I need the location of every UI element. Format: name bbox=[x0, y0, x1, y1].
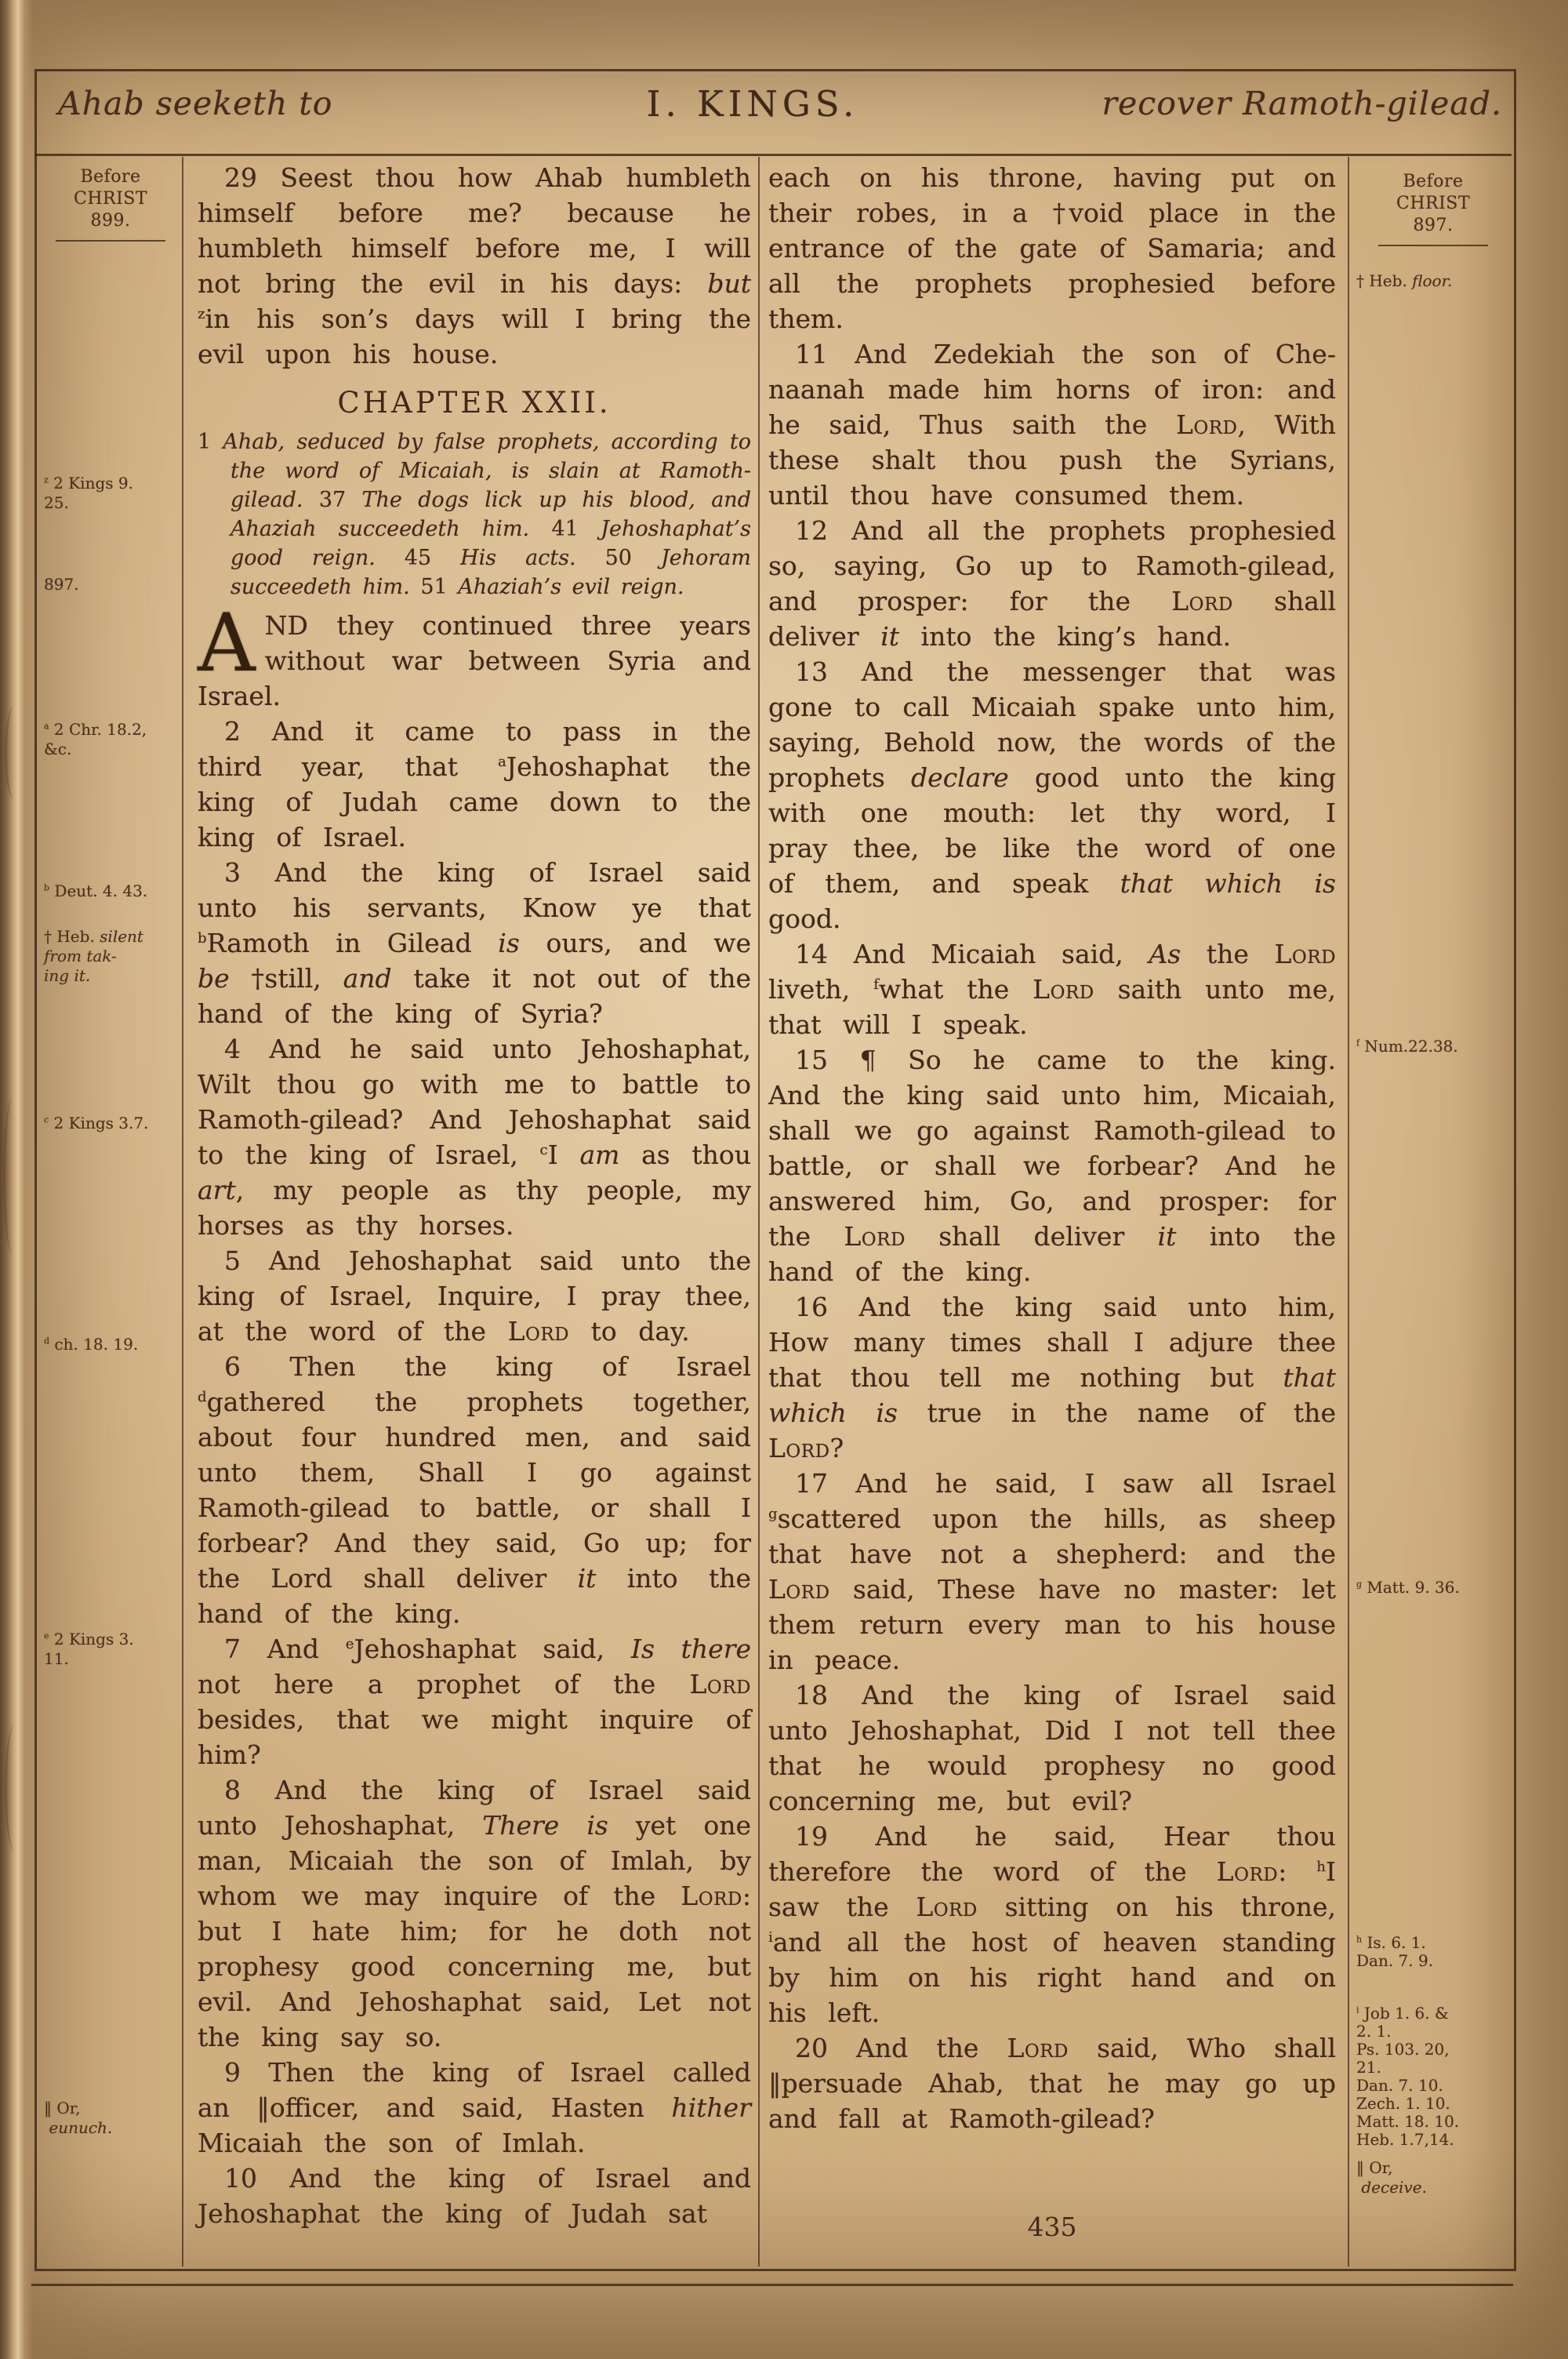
margin-note-rule bbox=[56, 240, 165, 242]
cross-reference-note: h Is. 6. 1.Dan. 7. 9. bbox=[1356, 1934, 1510, 1970]
verse-paragraph: 6 Then the king of Israel dgathered the … bbox=[198, 1349, 751, 1631]
before-christ-date: BeforeCHRIST899. bbox=[44, 166, 177, 232]
cross-reference-note: † Heb. silentfrom tak-ing it. bbox=[44, 927, 177, 986]
bottom-outer-rule bbox=[31, 2284, 1513, 2286]
verse-paragraph: 19 And he said, Hear thou therefore the … bbox=[768, 1819, 1336, 2030]
page-number: 435 bbox=[768, 2212, 1336, 2242]
cross-reference-note: f Num.22.38. bbox=[1356, 1037, 1510, 1056]
verse-continuation-paragraph: each on his throne, having put on their … bbox=[768, 160, 1336, 336]
left-margin-notes-column: BeforeCHRIST899.z 2 Kings 9.25.897.a 2 C… bbox=[44, 0, 177, 2359]
page-edge-curl-mark bbox=[5, 1725, 24, 1851]
verse-paragraph: 7 And eJehoshaphat said, Is there not he… bbox=[198, 1631, 751, 1772]
verse-paragraph: 5 And Jehoshaphat said unto the king of … bbox=[198, 1243, 751, 1349]
verse-paragraph: 15 ¶ So he came to the king. And the kin… bbox=[768, 1042, 1336, 1289]
verse-paragraph: 14 And Micaiah said, As the Lord liveth,… bbox=[768, 936, 1336, 1042]
running-head-book-title: I. KINGS. bbox=[647, 83, 859, 125]
cross-reference-note: i Job 1. 6. &2. 1.Ps. 103. 20,21.Dan. 7.… bbox=[1356, 2005, 1510, 2149]
bible-page-scan: Ahab seeketh to I. KINGS. recover Ramoth… bbox=[0, 0, 1568, 2359]
cross-reference-note: † Heb. floor. bbox=[1356, 271, 1510, 291]
drop-cap-initial: A bbox=[198, 608, 265, 675]
cross-reference-note: a 2 Chr. 18.2,&c. bbox=[44, 720, 177, 759]
verse-paragraph: 13 And the messenger that was gone to ca… bbox=[768, 654, 1336, 936]
verse-paragraph: 20 And the Lord said, Who shall ‖persuad… bbox=[768, 2030, 1336, 2136]
page-edge-curl-mark bbox=[5, 706, 24, 800]
left-margin-divider bbox=[182, 157, 183, 2266]
verse-paragraph: 18 And the king of Israel said unto Jeho… bbox=[768, 1677, 1336, 1819]
verse-paragraph: 4 And he said unto Jehoshaphat, Wilt tho… bbox=[198, 1031, 751, 1243]
chapter-summary: 1 Ahab, seduced by false prophets, accor… bbox=[198, 427, 751, 602]
before-christ-date: BeforeCHRIST897. bbox=[1356, 171, 1510, 237]
cross-reference-note: z 2 Kings 9.25. bbox=[44, 474, 177, 513]
verse-paragraph: 29 Seest thou how Ahab humbleth himself … bbox=[198, 160, 751, 372]
right-margin-divider bbox=[1348, 157, 1349, 2266]
chapter-heading: CHAPTER XXII. bbox=[198, 386, 751, 420]
verse-paragraph: 11 And Zedekiah the son of Che-naanah ma… bbox=[768, 336, 1336, 513]
verse-paragraph: 17 And he said, I saw all Israel gscatte… bbox=[768, 1466, 1336, 1677]
cross-reference-note: g Matt. 9. 36. bbox=[1356, 1578, 1510, 1598]
page-edge-curl-mark bbox=[3, 1098, 23, 1255]
cross-reference-note: 897. bbox=[44, 575, 177, 594]
verse-paragraph: 8 And the king of Israel said unto Jehos… bbox=[198, 1772, 751, 2055]
cross-reference-note: b Deut. 4. 43. bbox=[44, 881, 177, 901]
margin-note-rule bbox=[1378, 245, 1488, 246]
right-margin-notes-column: BeforeCHRIST897.† Heb. floor.f Num.22.38… bbox=[1356, 0, 1510, 2359]
verse-paragraph: 16 And the king said unto him, How many … bbox=[768, 1289, 1336, 1466]
verse-paragraph: 2 And it came to pass in the third year,… bbox=[198, 714, 751, 855]
verse-paragraph: 3 And the king of Israel said unto his s… bbox=[198, 855, 751, 1031]
right-text-column: each on his throne, having put on their … bbox=[768, 160, 1336, 2136]
verse-paragraph: 10 And the king of Israel and Jehoshapha… bbox=[198, 2161, 751, 2231]
cross-reference-note: ‖ Or, deceive. bbox=[1356, 2158, 1510, 2197]
cross-reference-note: d ch. 18. 19. bbox=[44, 1335, 177, 1354]
cross-reference-note: ‖ Or, eunuch. bbox=[44, 2099, 177, 2138]
cross-reference-note: e 2 Kings 3.11. bbox=[44, 1630, 177, 1669]
verse-paragraph-dropcap: AND they continued three years without w… bbox=[198, 608, 751, 714]
left-text-column: 29 Seest thou how Ahab humbleth himself … bbox=[198, 160, 751, 2231]
header-rule bbox=[34, 154, 1512, 156]
cross-reference-note: c 2 Kings 3.7. bbox=[44, 1114, 177, 1133]
verse-paragraph: 9 Then the king of Israel called an ‖off… bbox=[198, 2055, 751, 2161]
verse-paragraph: 12 And all the prophets prophesied so, s… bbox=[768, 513, 1336, 654]
center-column-divider bbox=[758, 157, 760, 2266]
